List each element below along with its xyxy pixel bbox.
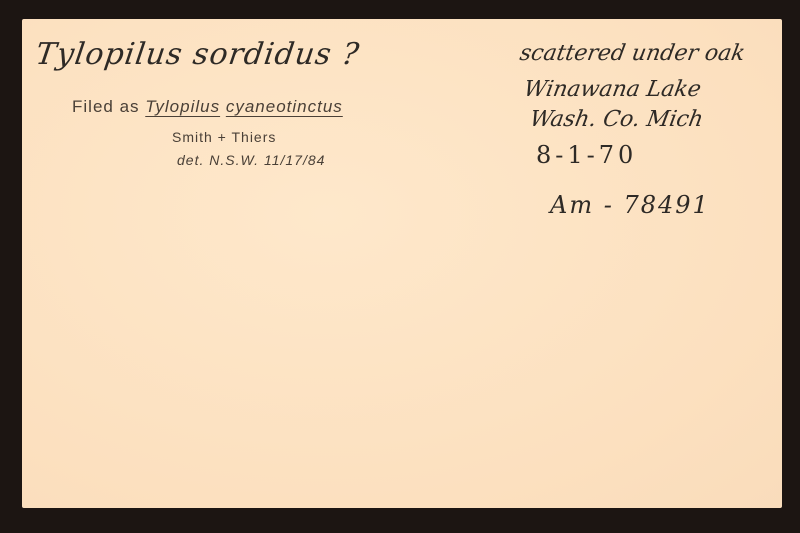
determination: det. N.S.W. 11/17/84 — [177, 152, 325, 168]
locality-note: Winawana Lake — [522, 77, 703, 102]
filed-as-line: Filed as Tylopilus cyaneotinctus — [72, 97, 343, 117]
authors: Smith + Thiers — [172, 129, 276, 145]
filed-genus: Tylopilus — [145, 97, 220, 116]
filed-species: cyaneotinctus — [226, 97, 343, 116]
county-note: Wash. Co. Mich — [528, 107, 705, 132]
species-title: Tylopilus sordidus ? — [34, 37, 362, 72]
herbarium-label-card: Tylopilus sordidus ? Filed as Tylopilus … — [22, 19, 782, 508]
collection-number: Am - 78491 — [550, 191, 710, 219]
filed-prefix: Filed as — [72, 97, 140, 116]
collection-date: 8-1-70 — [536, 141, 637, 169]
habitat-note: scattered under oak — [518, 41, 747, 66]
